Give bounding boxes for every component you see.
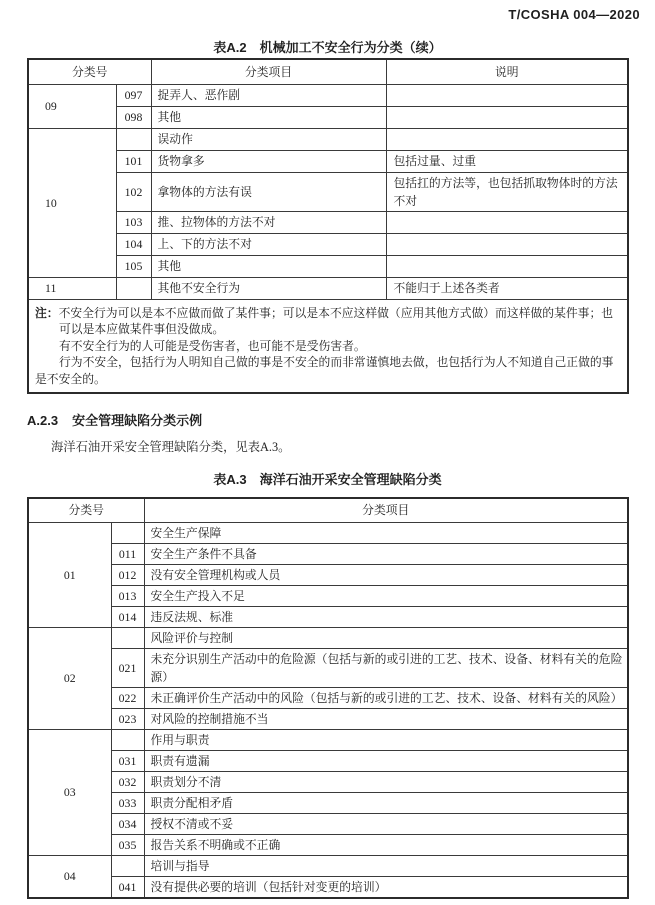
table-row: 021未充分识别生产活动中的危险源（包括与新的或引进的工艺、技术、设备、材料有关… xyxy=(28,648,628,687)
category-number-cell: 11 xyxy=(28,277,116,299)
table-row: 022未正确评价生产活动中的风险（包括与新的或引进的工艺、技术、设备、材料有关的… xyxy=(28,687,628,708)
table-row: 103推、拉物体的方法不对 xyxy=(28,211,628,233)
item-cell: 职责分配相矛盾 xyxy=(144,792,628,813)
note-cell: 注：不安全行为可以是本不应做而做了某件事；可以是本不应这样做（应用其他方式做）而… xyxy=(28,299,628,393)
note-paragraph: 注：不安全行为可以是本不应做而做了某件事；可以是本不应这样做（应用其他方式做）而… xyxy=(35,305,622,338)
note-label: 注： xyxy=(35,306,59,320)
note-cell xyxy=(386,255,628,277)
table-a3-caption: 表A.3 海洋石油开采安全管理缺陷分类 xyxy=(0,469,655,488)
table-row: 03作用与职责 xyxy=(28,729,628,750)
code-cell: 012 xyxy=(111,564,144,585)
note-cell: 包括扛的方法等，也包括抓取物体时的方法不对 xyxy=(386,172,628,211)
code-cell: 014 xyxy=(111,606,144,627)
table-body: 01安全生产保障011安全生产条件不具备012没有安全管理机构或人员013安全生… xyxy=(28,522,628,898)
table-row: 033职责分配相矛盾 xyxy=(28,792,628,813)
note-cell xyxy=(386,128,628,150)
item-cell: 风险评价与控制 xyxy=(144,627,628,648)
code-cell: 041 xyxy=(111,876,144,898)
section-heading: A.2.3安全管理缺陷分类示例 xyxy=(27,410,202,429)
table-row: 10误动作 xyxy=(28,128,628,150)
table-row: 034授权不清或不妥 xyxy=(28,813,628,834)
table-row: 013安全生产投入不足 xyxy=(28,585,628,606)
note-cell: 包括过量、过重 xyxy=(386,150,628,172)
item-cell: 上、下的方法不对 xyxy=(151,233,386,255)
item-cell: 未充分识别生产活动中的危险源（包括与新的或引进的工艺、技术、设备、材料有关的危险… xyxy=(144,648,628,687)
category-number-cell: 02 xyxy=(28,627,111,729)
note-cell xyxy=(386,233,628,255)
table-row: 098其他 xyxy=(28,106,628,128)
header-category-item: 分类项目 xyxy=(151,59,386,84)
item-cell: 授权不清或不妥 xyxy=(144,813,628,834)
item-cell: 误动作 xyxy=(151,128,386,150)
code-cell: 104 xyxy=(116,233,151,255)
item-cell: 安全生产条件不具备 xyxy=(144,543,628,564)
code-cell xyxy=(116,128,151,150)
code-cell: 105 xyxy=(116,255,151,277)
category-number-cell: 03 xyxy=(28,729,111,855)
table-row: 104上、下的方法不对 xyxy=(28,233,628,255)
item-cell: 培训与指导 xyxy=(144,855,628,876)
table-row: 09097捉弄人、恶作剧 xyxy=(28,84,628,106)
header-note: 说明 xyxy=(386,59,628,84)
header-row: 分类号 分类项目 说明 xyxy=(28,59,628,84)
table-row: 01安全生产保障 xyxy=(28,522,628,543)
code-cell: 022 xyxy=(111,687,144,708)
table-a2-header: 分类号 分类项目 说明 xyxy=(28,59,628,84)
item-cell: 没有安全管理机构或人员 xyxy=(144,564,628,585)
section-number: A.2.3 xyxy=(27,413,58,428)
code-cell: 021 xyxy=(111,648,144,687)
code-cell xyxy=(111,522,144,543)
document-page: { "page": { "doc_code": "T/COSHA 004—202… xyxy=(0,0,655,905)
header-category-number: 分类号 xyxy=(28,498,144,522)
table-a2-caption: 表A.2 机械加工不安全行为分类（续） xyxy=(0,37,655,56)
category-number-cell: 10 xyxy=(28,128,116,277)
table-row: 014违反法规、标准 xyxy=(28,606,628,627)
code-cell: 098 xyxy=(116,106,151,128)
item-cell: 职责有遗漏 xyxy=(144,750,628,771)
item-cell: 对风险的控制措施不当 xyxy=(144,708,628,729)
code-cell: 101 xyxy=(116,150,151,172)
note-cell xyxy=(386,84,628,106)
code-cell xyxy=(111,855,144,876)
table-a2: 分类号 分类项目 说明 注：不安全行为可以是本不应做而做了某件事；可以是本不应这… xyxy=(27,58,629,394)
item-cell: 违反法规、标准 xyxy=(144,606,628,627)
code-cell: 013 xyxy=(111,585,144,606)
code-cell: 097 xyxy=(116,84,151,106)
table-row: 102拿物体的方法有误包括扛的方法等，也包括抓取物体时的方法不对 xyxy=(28,172,628,211)
item-cell: 未正确评价生产活动中的风险（包括与新的或引进的工艺、技术、设备、材料有关的风险） xyxy=(144,687,628,708)
category-number-cell: 04 xyxy=(28,855,111,898)
note-cell: 不能归于上述各类者 xyxy=(386,277,628,299)
table-row: 023对风险的控制措施不当 xyxy=(28,708,628,729)
code-cell: 102 xyxy=(116,172,151,211)
table-row: 04培训与指导 xyxy=(28,855,628,876)
table-row: 011安全生产条件不具备 xyxy=(28,543,628,564)
header-category-number: 分类号 xyxy=(28,59,151,84)
item-cell: 职责划分不清 xyxy=(144,771,628,792)
code-cell: 031 xyxy=(111,750,144,771)
table-row: 11其他不安全行为不能归于上述各类者 xyxy=(28,277,628,299)
body-paragraph: 海洋石油开采安全管理缺陷分类，见表A.3。 xyxy=(27,439,627,456)
item-cell: 其他 xyxy=(151,255,386,277)
item-cell: 其他 xyxy=(151,106,386,128)
table-row: 032职责划分不清 xyxy=(28,771,628,792)
table-a2-footnote: 注：不安全行为可以是本不应做而做了某件事；可以是本不应这样做（应用其他方式做）而… xyxy=(28,299,628,393)
section-title: 安全管理缺陷分类示例 xyxy=(72,413,202,428)
code-cell: 103 xyxy=(116,211,151,233)
category-number-cell: 01 xyxy=(28,522,111,627)
table-a3: 分类号 分类项目 01安全生产保障011安全生产条件不具备012没有安全管理机构… xyxy=(27,497,629,899)
table-row: 035报告关系不明确或不正确 xyxy=(28,834,628,855)
item-cell: 货物拿多 xyxy=(151,150,386,172)
header-category-item: 分类项目 xyxy=(144,498,628,522)
item-cell: 没有提供必要的培训（包括针对变更的培训） xyxy=(144,876,628,898)
table-body: 09097捉弄人、恶作剧098其他10误动作101货物拿多包括过量、过重102拿… xyxy=(28,84,628,299)
code-cell xyxy=(111,627,144,648)
table-row: 031职责有遗漏 xyxy=(28,750,628,771)
header-row: 分类号 分类项目 xyxy=(28,498,628,522)
table-row: 012没有安全管理机构或人员 xyxy=(28,564,628,585)
code-cell: 032 xyxy=(111,771,144,792)
code-cell xyxy=(111,729,144,750)
table-row: 041没有提供必要的培训（包括针对变更的培训） xyxy=(28,876,628,898)
code-cell: 011 xyxy=(111,543,144,564)
table-row: 02风险评价与控制 xyxy=(28,627,628,648)
item-cell: 其他不安全行为 xyxy=(151,277,386,299)
document-code: T/COSHA 004—2020 xyxy=(508,7,640,22)
item-cell: 捉弄人、恶作剧 xyxy=(151,84,386,106)
item-cell: 拿物体的方法有误 xyxy=(151,172,386,211)
note-cell xyxy=(386,211,628,233)
note-paragraph: 有不安全行为的人可能是受伤害者，也可能不是受伤害者。 xyxy=(35,338,622,355)
table-row: 注：不安全行为可以是本不应做而做了某件事；可以是本不应这样做（应用其他方式做）而… xyxy=(28,299,628,393)
note-cell xyxy=(386,106,628,128)
item-cell: 安全生产保障 xyxy=(144,522,628,543)
code-cell: 023 xyxy=(111,708,144,729)
item-cell: 作用与职责 xyxy=(144,729,628,750)
code-cell xyxy=(116,277,151,299)
item-cell: 安全生产投入不足 xyxy=(144,585,628,606)
table-row: 101货物拿多包括过量、过重 xyxy=(28,150,628,172)
code-cell: 034 xyxy=(111,813,144,834)
code-cell: 035 xyxy=(111,834,144,855)
code-cell: 033 xyxy=(111,792,144,813)
note-paragraph: 行为不安全，包括行为人明知自己做的事是不安全的而非常谨慎地去做，也包括行为人不知… xyxy=(35,354,622,387)
item-cell: 推、拉物体的方法不对 xyxy=(151,211,386,233)
item-cell: 报告关系不明确或不正确 xyxy=(144,834,628,855)
category-number-cell: 09 xyxy=(28,84,116,128)
table-a3-header: 分类号 分类项目 xyxy=(28,498,628,522)
note-text: 不安全行为可以是本不应做而做了某件事；可以是本不应这样做（应用其他方式做）而这样… xyxy=(59,306,613,337)
table-row: 105其他 xyxy=(28,255,628,277)
